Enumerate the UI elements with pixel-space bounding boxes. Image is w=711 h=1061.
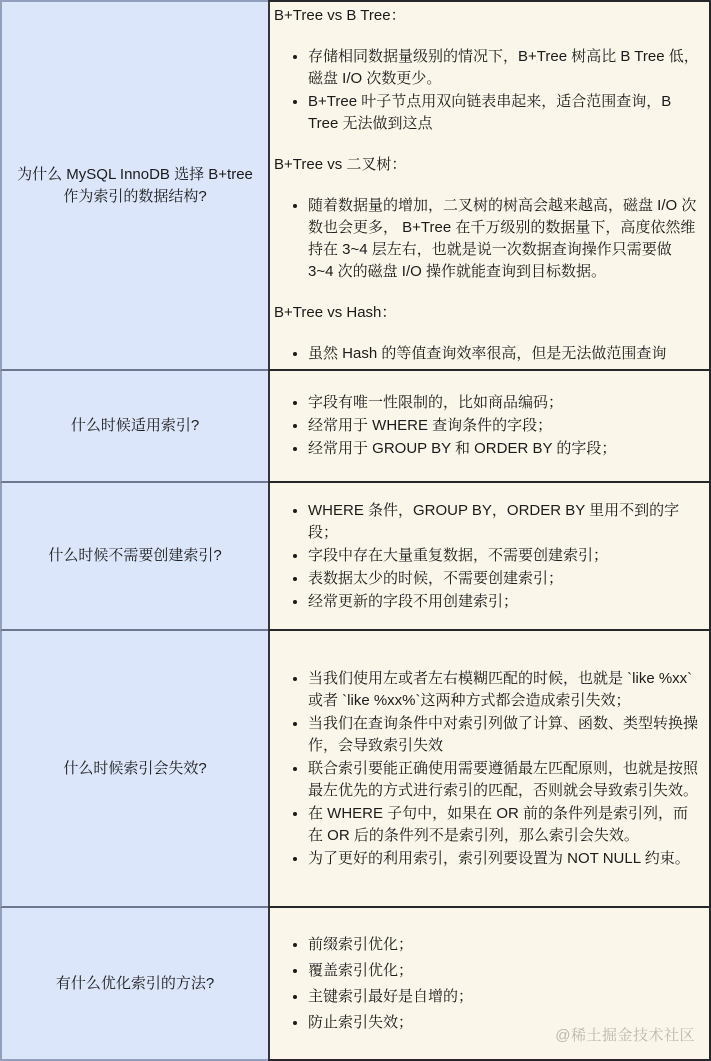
bullet-item: 前缀索引优化； — [308, 934, 699, 956]
question-cell: 有什么优化索引的方法? — [0, 908, 268, 1061]
bullet-item: 主键索引最好是自增的； — [308, 986, 699, 1008]
bullet-item: 当我们在查询条件中对索引列做了计算、函数、类型转换操作，会导致索引失效 — [308, 713, 699, 757]
table-row: 什么时候不需要创建索引? WHERE 条件，GROUP BY，ORDER BY … — [0, 483, 711, 631]
bullet-item: 经常用于 WHERE 查询条件的字段； — [308, 415, 699, 437]
bullet-item: 字段有唯一性限制的，比如商品编码； — [308, 392, 699, 414]
bullet-list: 随着数据量的增加，二叉树的树高会越来越高，磁盘 I/O 次数也会更多， B+Tr… — [274, 194, 699, 284]
bullet-item: B+Tree 叶子节点用双向链表串起来，适合范围查询，B Tree 无法做到这点 — [308, 91, 699, 135]
bullet-item: 覆盖索引优化； — [308, 960, 699, 982]
question-cell: 什么时候索引会失效? — [0, 631, 268, 908]
section-heading: B+Tree vs Hash： — [274, 302, 699, 324]
bullet-item: WHERE 条件，GROUP BY，ORDER BY 里用不到的字段； — [308, 500, 699, 544]
question-cell: 为什么 MySQL InnoDB 选择 B+tree 作为索引的数据结构? — [0, 0, 268, 371]
bullet-item: 经常用于 GROUP BY 和 ORDER BY 的字段； — [308, 438, 699, 460]
bullet-item: 存储相同数据量级别的情况下，B+Tree 树高比 B Tree 低，磁盘 I/O… — [308, 46, 699, 90]
bullet-item: 防止索引失效； — [308, 1012, 699, 1034]
bullet-item: 经常更新的字段不用创建索引； — [308, 591, 699, 613]
section-heading: B+Tree vs B Tree： — [274, 5, 699, 27]
table-row: 什么时候索引会失效? 当我们使用左或者左右模糊匹配的时候，也就是 `like %… — [0, 631, 711, 908]
question-cell: 什么时候不需要创建索引? — [0, 483, 268, 631]
bullet-item: 联合索引要能正确使用需要遵循最左匹配原则，也就是按照最左优先的方式进行索引的匹配… — [308, 758, 699, 802]
bullet-item: 在 WHERE 子句中，如果在 OR 前的条件列是索引列，而在 OR 后的条件列… — [308, 803, 699, 847]
bullet-list: WHERE 条件，GROUP BY，ORDER BY 里用不到的字段；字段中存在… — [274, 499, 699, 614]
bullet-item: 表数据太少的时候，不需要创建索引； — [308, 568, 699, 590]
question-text: 为什么 MySQL InnoDB 选择 B+tree 作为索引的数据结构? — [8, 164, 262, 208]
bullet-item: 虽然 Hash 的等值查询效率很高，但是无法做范围查询 — [308, 343, 699, 365]
bullet-item: 字段中存在大量重复数据，不需要创建索引； — [308, 545, 699, 567]
answer-cell: 当我们使用左或者左右模糊匹配的时候，也就是 `like %xx` 或者 `lik… — [268, 631, 711, 908]
screenshot-stage: 为什么 MySQL InnoDB 选择 B+tree 作为索引的数据结构? B+… — [0, 0, 711, 1061]
bullet-item: 为了更好的利用索引，索引列要设置为 NOT NULL 约束。 — [308, 848, 699, 870]
bullet-list: 前缀索引优化；覆盖索引优化；主键索引最好是自增的；防止索引失效； — [274, 930, 699, 1038]
answer-cell: 字段有唯一性限制的，比如商品编码；经常用于 WHERE 查询条件的字段；经常用于… — [268, 371, 711, 483]
bullet-list: 字段有唯一性限制的，比如商品编码；经常用于 WHERE 查询条件的字段；经常用于… — [274, 391, 699, 461]
question-text: 有什么优化索引的方法? — [56, 973, 214, 995]
answer-cell: 前缀索引优化；覆盖索引优化；主键索引最好是自增的；防止索引失效； — [268, 908, 711, 1061]
bullet-list: 虽然 Hash 的等值查询效率很高，但是无法做范围查询 — [274, 342, 699, 366]
qa-table: 为什么 MySQL InnoDB 选择 B+tree 作为索引的数据结构? B+… — [0, 0, 711, 1061]
bullet-list: 存储相同数据量级别的情况下，B+Tree 树高比 B Tree 低，磁盘 I/O… — [274, 45, 699, 136]
question-cell: 什么时候适用索引? — [0, 371, 268, 483]
table-row: 什么时候适用索引? 字段有唯一性限制的，比如商品编码；经常用于 WHERE 查询… — [0, 371, 711, 483]
question-text: 什么时候适用索引? — [71, 415, 199, 437]
table-row: 有什么优化索引的方法? 前缀索引优化；覆盖索引优化；主键索引最好是自增的；防止索… — [0, 908, 711, 1061]
answer-cell: B+Tree vs B Tree：存储相同数据量级别的情况下，B+Tree 树高… — [268, 0, 711, 371]
answer-cell: WHERE 条件，GROUP BY，ORDER BY 里用不到的字段；字段中存在… — [268, 483, 711, 631]
bullet-list: 当我们使用左或者左右模糊匹配的时候，也就是 `like %xx` 或者 `lik… — [274, 667, 699, 871]
bullet-item: 随着数据量的增加，二叉树的树高会越来越高，磁盘 I/O 次数也会更多， B+Tr… — [308, 195, 699, 283]
bullet-item: 当我们使用左或者左右模糊匹配的时候，也就是 `like %xx` 或者 `lik… — [308, 668, 699, 712]
question-text: 什么时候不需要创建索引? — [48, 545, 221, 567]
table-row: 为什么 MySQL InnoDB 选择 B+tree 作为索引的数据结构? B+… — [0, 0, 711, 371]
section-heading: B+Tree vs 二叉树： — [274, 154, 699, 176]
question-text: 什么时候索引会失效? — [63, 758, 206, 780]
